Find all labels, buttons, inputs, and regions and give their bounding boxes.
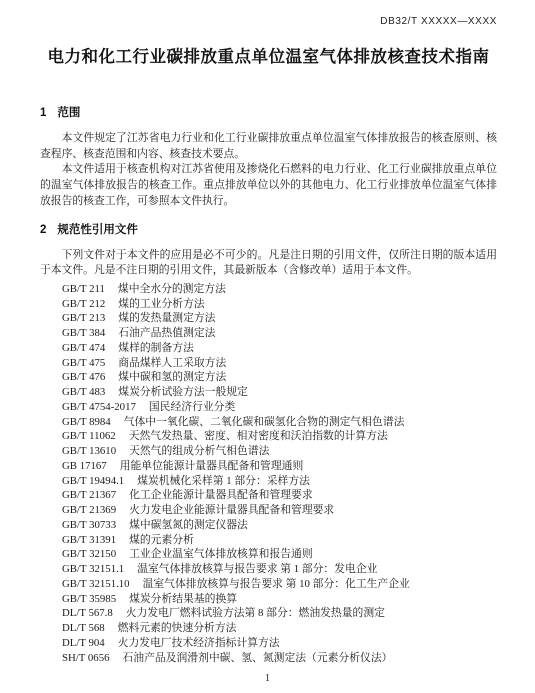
reference-row: GB 17167用能单位能源计量器具配备和管理通则 <box>40 459 497 474</box>
reference-code: DL/T 568 <box>62 621 105 636</box>
reference-row: SH/T 0656石油产品及润滑剂中碳、氢、氮测定法（元素分析仪法） <box>40 651 497 666</box>
reference-row: GB/T 483煤炭分析试验方法一般规定 <box>40 385 497 400</box>
reference-code: SH/T 0656 <box>62 651 110 666</box>
reference-row: GB/T 211煤中全水分的测定方法 <box>40 282 497 297</box>
section-2-heading: 2规范性引用文件 <box>40 221 497 237</box>
reference-code: GB/T 212 <box>62 297 105 312</box>
reference-title: 国民经济行业分类 <box>149 401 235 413</box>
reference-code: GB/T 21369 <box>62 503 116 518</box>
reference-code: GB/T 35985 <box>62 592 116 607</box>
reference-title: 煤的发热量测定方法 <box>118 312 215 324</box>
reference-title: 煤中碳和氢的测定方法 <box>118 371 226 383</box>
reference-code: GB/T 11062 <box>62 429 116 444</box>
reference-title: 火力发电厂燃料试验方法第 8 部分：燃油发热量的测定 <box>126 607 385 619</box>
reference-title: 煤炭分析试验方法一般规定 <box>118 386 248 398</box>
reference-row: GB/T 32151.1温室气体排放核算与报告要求 第 1 部分：发电企业 <box>40 562 497 577</box>
reference-title: 用能单位能源计量器具配备和管理通则 <box>120 460 304 472</box>
doc-standard-number: DB32/T XXXXX—XXXX <box>40 16 497 27</box>
reference-row: DL/T 568燃料元素的快速分析方法 <box>40 621 497 636</box>
reference-code: GB/T 21367 <box>62 488 116 503</box>
reference-title: 煤中全水分的测定方法 <box>118 283 226 295</box>
reference-code: GB/T 30733 <box>62 518 116 533</box>
reference-title: 石油产品及润滑剂中碳、氢、氮测定法（元素分析仪法） <box>123 652 393 664</box>
section-1-heading: 1范围 <box>40 104 497 120</box>
reference-title: 煤炭分析结果基的换算 <box>129 593 237 605</box>
reference-row: GB/T 212煤的工业分析方法 <box>40 297 497 312</box>
reference-row: GB/T 30733煤中碳氢氮的测定仪器法 <box>40 518 497 533</box>
reference-title: 煤的工业分析方法 <box>118 298 204 310</box>
reference-row: GB/T 11062天然气发热量、密度、相对密度和沃泊指数的计算方法 <box>40 429 497 444</box>
reference-row: GB/T 8984气体中一氧化碳、二氧化碳和碳氢化合物的测定气相色谱法 <box>40 415 497 430</box>
reference-code: GB/T 19494.1 <box>62 474 124 489</box>
reference-code: GB/T 32151.1 <box>62 562 124 577</box>
scope-paragraph-1: 本文件规定了江苏省电力行业和化工行业碳排放重点单位温室气体排放报告的核查原则、核… <box>40 131 497 162</box>
reference-row: GB/T 384石油产品热值测定法 <box>40 326 497 341</box>
reference-row: GB/T 32151.10温室气体排放核算与报告要求 第 10 部分：化工生产企… <box>40 577 497 592</box>
reference-row: GB/T 475商品煤样人工采取方法 <box>40 356 497 371</box>
reference-row: GB/T 32150工业企业温室气体排放核算和报告通则 <box>40 547 497 562</box>
reference-row: GB/T 213煤的发热量测定方法 <box>40 311 497 326</box>
reference-code: GB/T 211 <box>62 282 105 297</box>
reference-code: DL/T 567.8 <box>62 606 113 621</box>
reference-code: GB/T 31391 <box>62 533 116 548</box>
reference-title: 温室气体排放核算与报告要求 第 1 部分：发电企业 <box>137 563 377 575</box>
reference-title: 商品煤样人工采取方法 <box>118 357 226 369</box>
reference-title: 煤的元素分析 <box>129 534 194 546</box>
reference-code: GB/T 483 <box>62 385 105 400</box>
reference-code: GB/T 475 <box>62 356 105 371</box>
reference-title: 煤炭机械化采样第 1 部分：采样方法 <box>137 475 310 487</box>
reference-title: 工业企业温室气体排放核算和报告通则 <box>129 548 313 560</box>
reference-row: GB/T 31391煤的元素分析 <box>40 533 497 548</box>
reference-code: GB/T 32151.10 <box>62 577 130 592</box>
references-intro-paragraph: 下列文件对于本文件的应用是必不可少的。凡是注日期的引用文件，仅所注日期的版本适用… <box>40 248 497 279</box>
section-1-heading-label: 范围 <box>57 107 80 119</box>
reference-code: GB/T 13610 <box>62 444 116 459</box>
reference-title: 火力发电企业能源计量器具配备和管理要求 <box>129 504 334 516</box>
section-1-body: 本文件规定了江苏省电力行业和化工行业碳排放重点单位温室气体排放报告的核查原则、核… <box>40 131 497 210</box>
reference-code: GB/T 32150 <box>62 547 116 562</box>
reference-code: GB/T 4754-2017 <box>62 400 136 415</box>
reference-code: GB/T 476 <box>62 370 105 385</box>
section-2-heading-label: 规范性引用文件 <box>57 224 138 236</box>
document-page: DB32/T XXXXX—XXXX 电力和化工行业碳排放重点单位温室气体排放核查… <box>0 0 535 693</box>
reference-title: 燃料元素的快速分析方法 <box>118 622 237 634</box>
reference-code: GB/T 474 <box>62 341 105 356</box>
reference-row: GB/T 19494.1煤炭机械化采样第 1 部分：采样方法 <box>40 474 497 489</box>
section-2-body: 下列文件对于本文件的应用是必不可少的。凡是注日期的引用文件，仅所注日期的版本适用… <box>40 248 497 279</box>
reference-title: 石油产品热值测定法 <box>118 327 215 339</box>
reference-row: DL/T 567.8火力发电厂燃料试验方法第 8 部分：燃油发热量的测定 <box>40 606 497 621</box>
reference-row: GB/T 4754-2017国民经济行业分类 <box>40 400 497 415</box>
reference-row: GB/T 35985煤炭分析结果基的换算 <box>40 592 497 607</box>
reference-row: DL/T 904火力发电厂技术经济指标计算方法 <box>40 636 497 651</box>
reference-row: GB/T 21367化工企业能源计量器具配备和管理要求 <box>40 488 497 503</box>
reference-title: 气体中一氧化碳、二氧化碳和碳氢化合物的测定气相色谱法 <box>124 416 405 428</box>
reference-code: GB/T 384 <box>62 326 105 341</box>
section-1-number: 1 <box>40 107 46 119</box>
doc-title: 电力和化工行业碳排放重点单位温室气体排放核查技术指南 <box>40 43 497 67</box>
reference-title: 煤中碳氢氮的测定仪器法 <box>129 519 248 531</box>
reference-code: GB/T 8984 <box>62 415 111 430</box>
reference-title: 天然气的组成分析气相色谱法 <box>129 445 269 457</box>
reference-title: 煤样的制备方法 <box>118 342 194 354</box>
reference-title: 火力发电厂技术经济指标计算方法 <box>118 637 280 649</box>
page-number: 1 <box>0 673 535 684</box>
reference-row: GB/T 13610天然气的组成分析气相色谱法 <box>40 444 497 459</box>
scope-paragraph-2: 本文件适用于核查机构对江苏省使用及掺烧化石燃料的电力行业、化工行业碳排放重点单位… <box>40 162 497 209</box>
reference-row: GB/T 474煤样的制备方法 <box>40 341 497 356</box>
reference-code: GB/T 213 <box>62 311 105 326</box>
reference-title: 化工企业能源计量器具配备和管理要求 <box>129 489 313 501</box>
section-2-number: 2 <box>40 224 46 236</box>
reference-code: GB 17167 <box>62 459 107 474</box>
reference-row: GB/T 476煤中碳和氢的测定方法 <box>40 370 497 385</box>
reference-code: DL/T 904 <box>62 636 105 651</box>
reference-title: 天然气发热量、密度、相对密度和沃泊指数的计算方法 <box>129 430 388 442</box>
normative-references-list: GB/T 211煤中全水分的测定方法 GB/T 212煤的工业分析方法 GB/T… <box>40 282 497 666</box>
reference-title: 温室气体排放核算与报告要求 第 10 部分：化工生产企业 <box>143 578 410 590</box>
reference-row: GB/T 21369火力发电企业能源计量器具配备和管理要求 <box>40 503 497 518</box>
